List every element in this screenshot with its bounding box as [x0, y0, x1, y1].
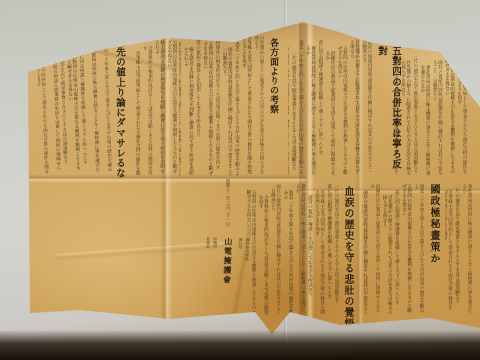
- body-column: 吾等株主は今回突如として發表されたる兩社合併の條件を聞き愕然たらざるを得ず: [37, 45, 49, 175]
- body-column: 一片の通告を以て既定事實となさんとするは言語道斷なり: [291, 40, 296, 177]
- body-column: 諸君の奮起と聲援とを切望して止まざる所以なり: [195, 36, 200, 176]
- body-column: 過去二十年血と涙とを以て築き上げたる吾が山電の歴史を顧みよ: [298, 40, 303, 177]
- body-column: 會社當局は何故に株主總會に諮ることなく極秘裡に事を運びたるか: [420, 54, 430, 176]
- body-column: 合併條件の根本的改訂なくんば吾等は飽くまで反對の態度を持す: [215, 36, 220, 176]
- text-column-group: 過去二十年血と涙とを以て築き上げたる吾が山電の歴史を顧みよ五對四の比率は山電株主…: [362, 184, 424, 317]
- body-column: 會社當局は何故に株主總會に諮ることなく極秘裡に事を運びたるか: [179, 36, 181, 176]
- headline-considerations: 各方面よりの考察: [267, 38, 280, 114]
- colophon-printer-label: 印刷所: [211, 237, 218, 311]
- body-column: 株主諸君よ冷静に利害得失を判斷し總會に於て堂々所信を表明せられよ: [288, 40, 289, 177]
- body-column: 茲に同志相謀り擁護會を組織して廣く天下に訴へんとす: [318, 40, 323, 177]
- headline-merger-ratio: 五對四の合併比率は寧ろ反對: [374, 46, 402, 176]
- text-column-group: 兩社の資産内容收益状態を仔細に檢討すれば其の不當なること一目瞭然たり目先僅かの値…: [288, 40, 372, 177]
- body-column: 目先僅かの値上りに眩惑されて百年の大計を誤るは株主の採らざる所なり: [254, 36, 264, 176]
- text-column-group: 五對四の比率は山電株主の正當なる權利を無視したるものと斷ぜざるを得ない株主諸君よ…: [135, 40, 177, 176]
- colophon-publisher-label: 發行所: [236, 238, 243, 312]
- body-column: 一片の通告を以て既定事實となさんとするは言語道斷なり: [413, 54, 418, 176]
- body-column: 目先僅かの値上りに眩惑されて百年の大計を誤るは株主の採らざる所なり: [349, 40, 359, 177]
- text-column-group: 目先僅かの値上りに眩惑されて百年の大計を誤るは株主の採らざる所なり吾等株主は今回…: [179, 36, 264, 176]
- body-column: 吾等株主は今回突如として發表されたる兩社合併の條件を聞き愕然たらざるを得ず: [135, 40, 140, 176]
- body-column: 茲に同志相謀り擁護會を組織して廣く天下に訴へんとす: [394, 184, 399, 317]
- fold-crease-diagonal-2: [392, 19, 480, 38]
- bottom-shadow-strip: [0, 330, 480, 360]
- body-column: 合併條件の根本的改訂なくんば吾等は飽くまで反對の態度を持す: [142, 40, 152, 176]
- headline-price-rise: 目先の値上り論にダマサレるな: [112, 37, 126, 183]
- body-column: 兩社の資産内容收益状態を仔細に檢討すれば其の不當なること一目瞭然たり: [362, 184, 368, 317]
- body-column: 會社當局は何故に株主總會に諮ることなく極秘裡に事を運びたるか: [462, 184, 472, 314]
- body-column: 兩社の資産内容收益状態を仔細に檢討すれば其の不當なること一目瞭然たり: [362, 40, 372, 177]
- body-column: 沿線住民の利益と從業員の生活とは果して如何に保障せらるるか: [370, 184, 380, 317]
- body-column: 合併條件の根本的改訂なくんば吾等は飽くまで反對の態度を持す: [258, 184, 268, 316]
- body-column: 五對四の比率は山電株主の正當なる權利を無視したるものと斷ぜざるを得ない: [337, 40, 347, 177]
- body-column: 吾等株主は今回突如として發表されたる兩社合併の條件を聞き愕然たらざるを得ず: [241, 36, 251, 176]
- body-column: 吾等株主は今回突如として發表されたる兩社合併の條件を聞き愕然たらざるを得ず: [314, 184, 324, 316]
- text-column-group: 過去二十年血と涙とを以て築き上げたる吾が山電の歴史を顧みよ會社當局は何故に株主總…: [37, 43, 112, 175]
- body-column: 沿線住民の利益と從業員の生活とは果して如何に保障せらるるか: [325, 40, 335, 177]
- body-column: 一片の通告を以て既定事實となさんとするは言語道斷なり: [334, 184, 339, 316]
- photo-of-document: 吾等株主は今回突如として發表されたる兩社合併の條件を聞き愕然たらざるを得ず五對四…: [0, 0, 480, 360]
- body-column: 五對四の比率は山電株主の正當なる權利を無視したるものと斷ぜざるを得ない: [203, 36, 213, 176]
- body-column: 株主諸君よ冷静に利害得失を判斷し總會に於て堂々所信を表明せられよ: [183, 36, 193, 176]
- colophon-note: 非賣品: [204, 237, 211, 311]
- date-column: 昭和十一年三月二十一日: [224, 179, 230, 233]
- text-column-group: 會社當局は何故に株主總會に諮ることなく極秘裡に事を運びたるか一片の通告を以て既定…: [445, 184, 472, 314]
- body-column: 吾等株主は今回突如として發表されたる兩社合併の條件を聞き愕然たらざるを得ず: [445, 184, 453, 314]
- body-column: 五對四の比率は山電株主の正當なる權利を無視したるものと斷ぜざるを得ない: [167, 40, 177, 176]
- body-column: 兩社の資産内容收益状態を仔細に檢討すれば其の不當なること一目瞭然たり: [222, 36, 232, 176]
- body-column: 過去二十年血と涙とを以て築き上げたる吾が山電の歴史を顧みよ: [414, 184, 424, 317]
- body-column: 目先僅かの値上りに眩惑されて百年の大計を誤るは株主の採らざる所なり: [382, 184, 392, 317]
- body-column: 一片の通告を以て既定事實となさんとするは言語道斷なり: [455, 184, 460, 314]
- text-column-group: 一片の通告を以て既定事實となさんとするは言語道斷なり茲に同志相謀り擁護會を組織し…: [247, 184, 339, 316]
- body-column: 會社當局は何故に株主總會に諮ることなく極秘裡に事を運びたるか: [295, 184, 305, 316]
- colophon-organization: 山電擁護會: [220, 237, 234, 311]
- body-column: 會社當局は何故に株主總會に諮ることなく極秘裡に事を運びたるか: [305, 40, 315, 177]
- body-column: 五對四の比率は山電株主の正當なる權利を無視したるものと斷ぜざるを得ない: [401, 184, 411, 317]
- body-column: 兩社の資産内容收益状態を仔細に檢討すれば其の不當なること一目瞭然たり: [432, 54, 442, 176]
- paper-sheet: 吾等株主は今回突如として發表されたる兩社合併の條件を聞き愕然たらざるを得ず五對四…: [0, 0, 480, 360]
- body-column: 兩社の資産内容收益状態を仔細に檢討すれば其の不當なること一目瞭然たり: [270, 184, 280, 316]
- body-column: 吾等株主は今回突如として發表されたる兩社合併の條件を聞き愕然たらざるを得ず: [457, 54, 467, 176]
- text-column-group: 吾等株主は今回突如として發表されたる兩社合併の條件を聞き愕然たらざるを得ず五對四…: [393, 54, 467, 176]
- body-column: 諸君の奮起と聲援とを切望して止まざる所以なり: [307, 184, 312, 316]
- body-column: 過去二十年血と涙とを以て築き上げたる吾が山電の歴史を顧みよ: [234, 36, 239, 176]
- body-column: 株主諸君よ冷静に利害得失を判斷し總會に於て堂々所信を表明せられよ: [154, 40, 164, 176]
- colophon-block: 神戸市兵庫區 發行所 山電擁護會 印刷所 非賣品: [186, 236, 251, 312]
- body-column: 過去二十年血と涙とを以て築き上げたる吾が山電の歴史を顧みよ: [97, 43, 112, 173]
- headline-secret-scheme: 國政極秘畫策か: [426, 184, 441, 276]
- body-column: 五對四の比率は山電株主の正當なる權利を無視したるものと斷ぜざるを得ない: [444, 54, 454, 176]
- headline-blood-tears: 血涙の歴史を守る悲壯の覺悟: [340, 186, 355, 333]
- body-column: 茲に同志相謀り擁護會を組織して廣く天下に訴へんとす: [327, 184, 332, 316]
- body-column: 過去二十年血と涙とを以て築き上げたる吾が山電の歴史を顧みよ: [283, 184, 293, 316]
